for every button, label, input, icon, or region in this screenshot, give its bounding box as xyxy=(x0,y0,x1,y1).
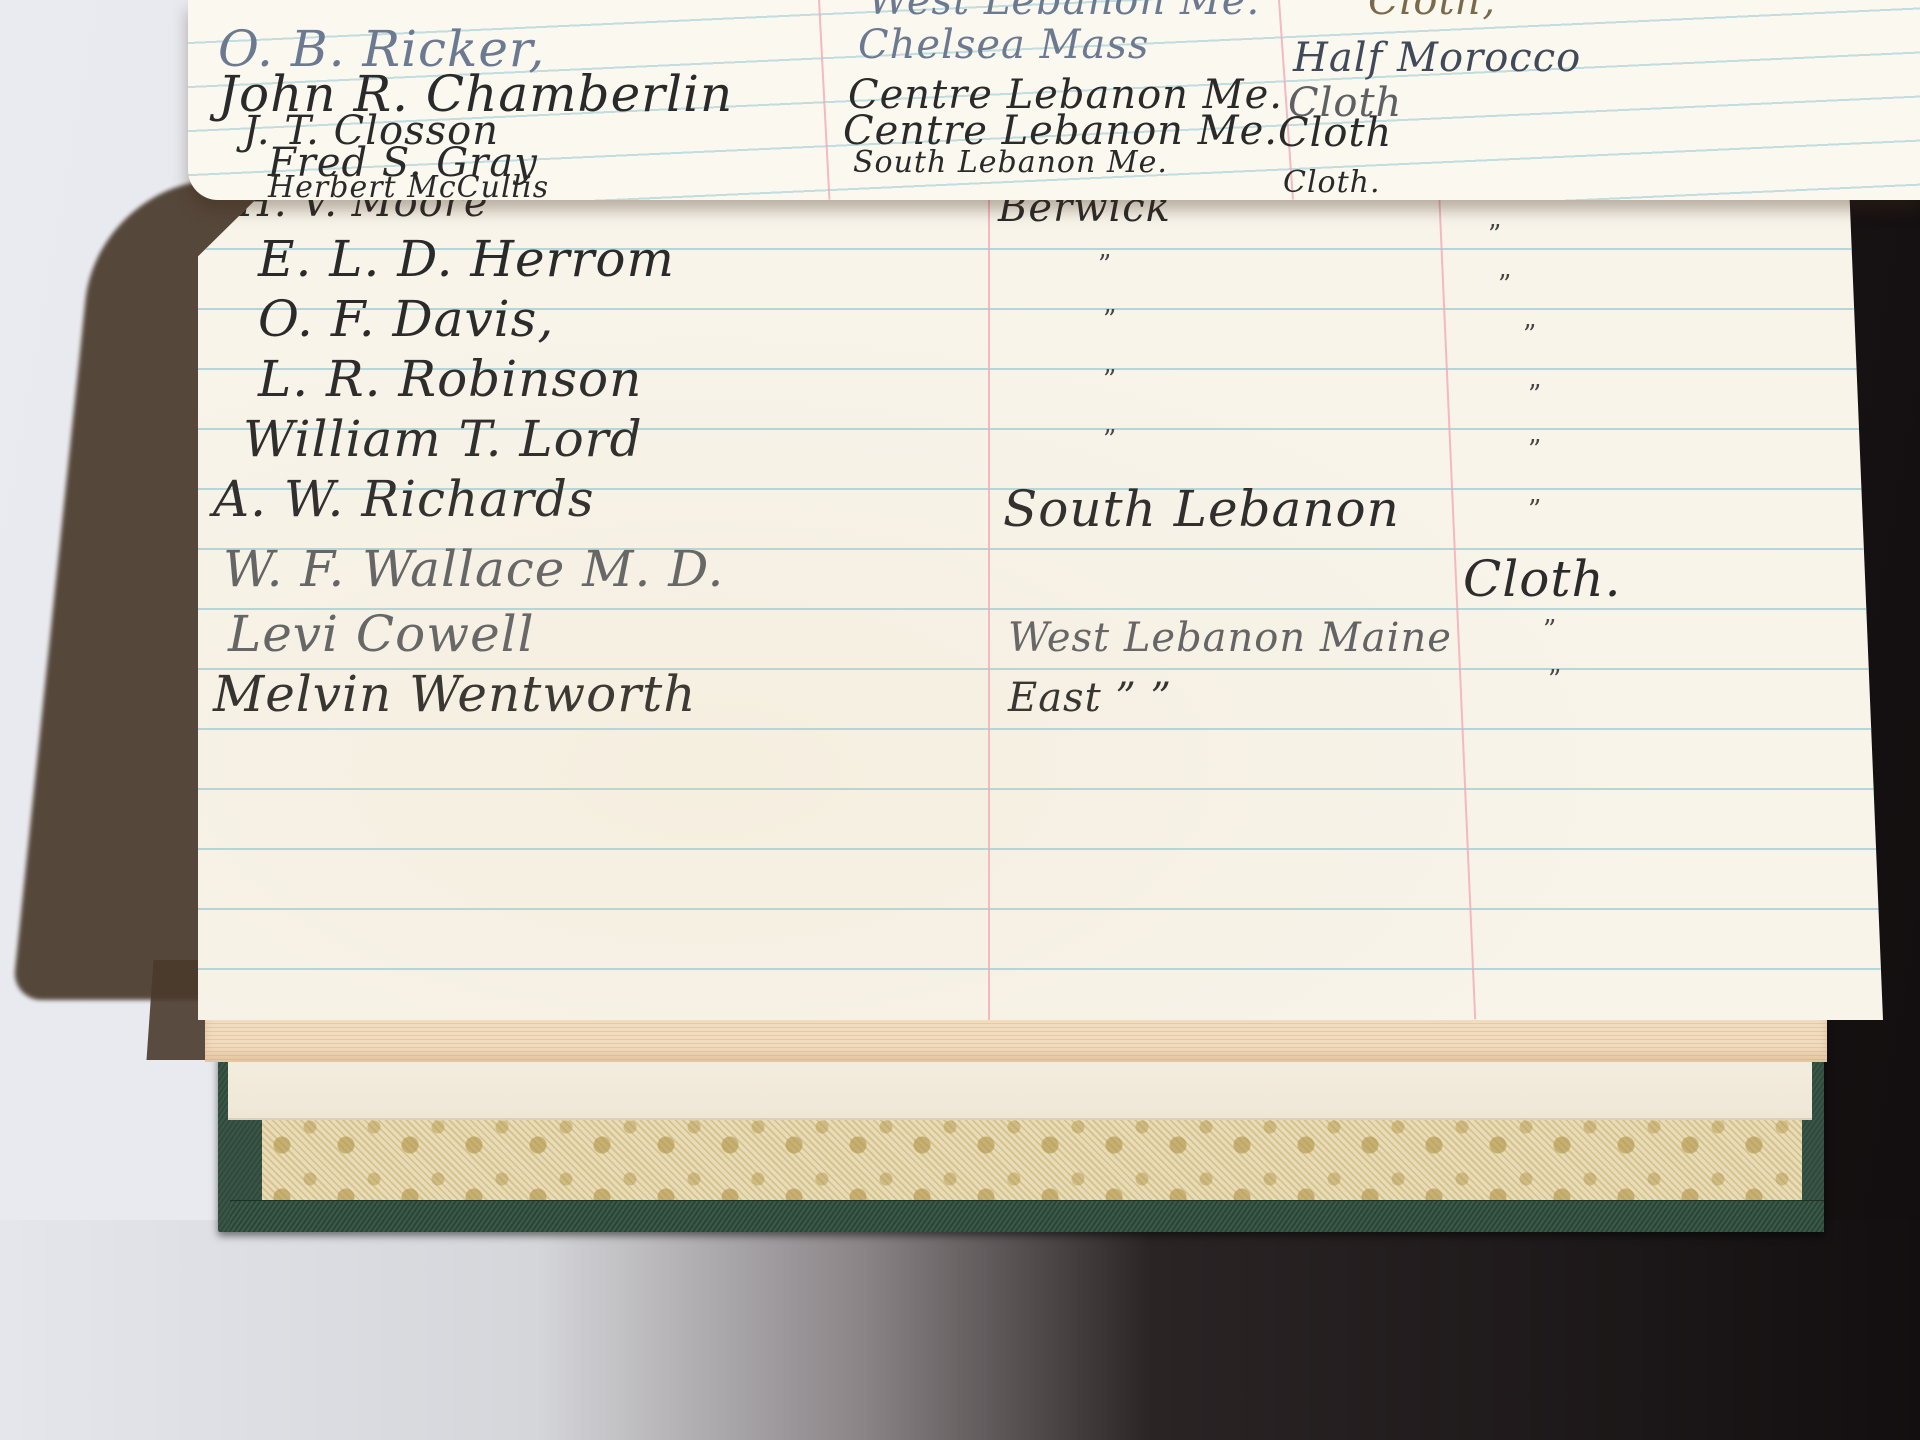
entry-binding: Half Morocco xyxy=(1293,35,1581,81)
column-rule-location xyxy=(988,190,990,1020)
entry-location: South Lebanon Me. xyxy=(853,145,1168,180)
entry-location: East ” ” xyxy=(1008,675,1172,721)
entry-location: South Lebanon xyxy=(1003,480,1400,538)
entry-name: Melvin Wentworth xyxy=(213,665,696,723)
floral-endpaper xyxy=(262,1115,1802,1200)
cover-edge xyxy=(230,1200,1824,1232)
ditto-mark: ” xyxy=(1498,270,1511,300)
entry-location: Chelsea Mass xyxy=(858,22,1149,68)
entry-binding: Cloth, xyxy=(1368,0,1496,24)
ditto-mark: ” xyxy=(1488,220,1501,250)
column-rule-binding xyxy=(1438,190,1476,1019)
entry-binding: Cloth. xyxy=(1463,550,1622,608)
ditto-mark: ” xyxy=(1528,495,1541,525)
entry-name: O. F. Davis, xyxy=(258,290,554,348)
background-surface xyxy=(0,1220,1920,1440)
entry-name: A. W. Richards xyxy=(213,470,595,528)
entry-name: W. F. Wallace M. D. xyxy=(223,540,724,598)
curled-page: West Lebanon Me. Cloth, O. B. Ricker, Ch… xyxy=(188,0,1920,200)
entry-name: Levi Cowell xyxy=(228,605,535,663)
column-rule-location xyxy=(818,0,830,200)
ditto-mark: ” xyxy=(1528,435,1541,465)
entry-name: L. R. Robinson xyxy=(258,350,642,408)
entry-location: West Lebanon Maine xyxy=(1008,615,1452,661)
entry-name: E. L. D. Herrom xyxy=(258,230,675,288)
entry-binding: Cloth xyxy=(1278,110,1392,156)
entry-name: Herbert McCullis xyxy=(268,170,549,200)
ditto-mark: ” xyxy=(1523,320,1536,350)
ditto-mark: ” xyxy=(1103,425,1116,455)
ditto-mark: ” xyxy=(1098,250,1111,280)
ditto-mark: ” xyxy=(1103,365,1116,395)
ditto-mark: ” xyxy=(1103,305,1116,335)
entry-name: William T. Lord xyxy=(243,410,643,468)
ditto-mark: ” xyxy=(1543,615,1556,645)
ditto-mark: ” xyxy=(1548,665,1561,695)
entry-binding: Cloth. xyxy=(1283,165,1381,200)
entry-location: West Lebanon Me. xyxy=(868,0,1260,24)
ledger-page: H. V. Moore E. L. D. Herrom O. F. Davis,… xyxy=(198,190,1883,1020)
ditto-mark: ” xyxy=(1528,380,1541,410)
